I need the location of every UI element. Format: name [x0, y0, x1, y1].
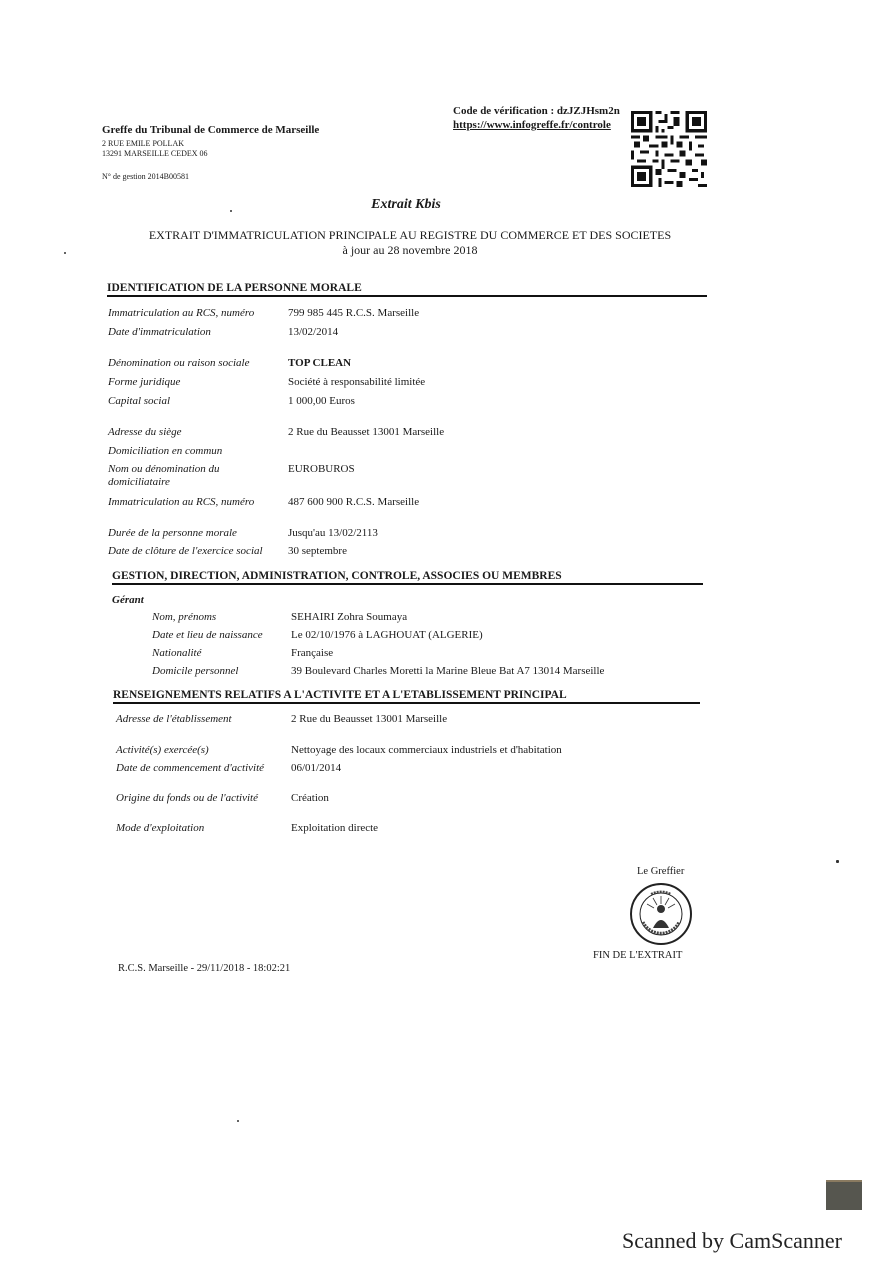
field-label: Durée de la personne morale — [108, 527, 237, 539]
field-value: Le 02/10/1976 à LAGHOUAT (ALGERIE) — [291, 629, 483, 641]
update-date: à jour au 28 novembre 2018 — [100, 243, 720, 258]
field-value: Exploitation directe — [291, 822, 378, 834]
main-title: EXTRAIT D'IMMATRICULATION PRINCIPALE AU … — [100, 228, 720, 243]
field-label: Domiciliation en commun — [108, 445, 222, 457]
end-of-extract: FIN DE L'EXTRAIT — [593, 950, 682, 961]
field-value: Française — [291, 647, 333, 659]
verification-link[interactable]: https://www.infogreffe.fr/controle — [453, 119, 611, 131]
field-value: Création — [291, 792, 329, 804]
scan-corner-artifact — [826, 1180, 862, 1210]
field-label: Date et lieu de naissance — [152, 629, 263, 641]
greffier-label: Le Greffier — [637, 866, 684, 877]
field-label: Immatriculation au RCS, numéro — [108, 307, 254, 319]
field-label: Domicile personnel — [152, 665, 238, 677]
scan-speck — [836, 860, 839, 863]
section-gestion-heading: GESTION, DIRECTION, ADMINISTRATION, CONT… — [112, 570, 703, 585]
gestion-number: N° de gestion 2014B00581 — [102, 172, 189, 181]
field-value: 39 Boulevard Charles Moretti la Marine B… — [291, 665, 604, 677]
field-value: Société à responsabilité limitée — [288, 376, 425, 388]
field-value: EUROBUROS — [288, 463, 355, 475]
section-identification-heading: IDENTIFICATION DE LA PERSONNE MORALE — [107, 282, 707, 297]
field-value: TOP CLEAN — [288, 357, 351, 369]
field-label: Nom ou dénomination du domiciliataire — [108, 463, 258, 489]
field-value: Nettoyage des locaux commerciaux industr… — [291, 744, 562, 756]
document-title: Extrait Kbis — [0, 197, 812, 213]
field-value: 30 septembre — [288, 545, 347, 557]
field-label: Date d'immatriculation — [108, 326, 211, 338]
field-label: Forme juridique — [108, 376, 180, 388]
field-label: Activité(s) exercée(s) — [116, 744, 209, 756]
field-label: Nom, prénoms — [152, 611, 216, 623]
qr-code-icon — [631, 110, 707, 188]
role-gerant: Gérant — [112, 594, 144, 606]
greffe-name: Greffe du Tribunal de Commerce de Marsei… — [102, 124, 319, 136]
address-line-2: 13291 MARSEILLE CEDEX 06 — [102, 149, 208, 159]
field-label: Immatriculation au RCS, numéro — [108, 496, 254, 508]
document-subtitle: EXTRAIT D'IMMATRICULATION PRINCIPALE AU … — [100, 228, 720, 258]
camscanner-watermark: Scanned by CamScanner — [622, 1228, 842, 1254]
field-value: 487 600 900 R.C.S. Marseille — [288, 496, 419, 508]
field-label: Capital social — [108, 395, 170, 407]
greffe-seal-icon — [629, 882, 693, 946]
field-value: 2 Rue du Beausset 13001 Marseille — [291, 713, 447, 725]
field-value: SEHAIRI Zohra Soumaya — [291, 611, 407, 623]
field-value: 799 985 445 R.C.S. Marseille — [288, 307, 419, 319]
scan-speck — [237, 1120, 239, 1122]
field-label: Dénomination ou raison sociale — [108, 357, 249, 369]
section-activite-heading: RENSEIGNEMENTS RELATIFS A L'ACTIVITE ET … — [113, 689, 700, 704]
field-value: 06/01/2014 — [291, 762, 341, 774]
scan-speck — [230, 210, 232, 212]
field-label: Nationalité — [152, 647, 202, 659]
field-label: Mode d'exploitation — [116, 822, 204, 834]
field-value: 1 000,00 Euros — [288, 395, 355, 407]
verification-code: Code de vérification : dzJZJHsm2n — [453, 104, 620, 118]
rcs-timestamp: R.C.S. Marseille - 29/11/2018 - 18:02:21 — [118, 963, 290, 974]
greffe-address: 2 RUE EMILE POLLAK 13291 MARSEILLE CEDEX… — [102, 139, 208, 158]
field-value: Jusqu'au 13/02/2113 — [288, 527, 378, 539]
address-line-1: 2 RUE EMILE POLLAK — [102, 139, 208, 149]
field-label: Origine du fonds ou de l'activité — [116, 792, 258, 804]
field-label: Date de clôture de l'exercice social — [108, 545, 263, 557]
field-label: Adresse de l'établissement — [116, 713, 232, 725]
field-value: 13/02/2014 — [288, 326, 338, 338]
field-value: 2 Rue du Beausset 13001 Marseille — [288, 426, 444, 438]
field-label: Date de commencement d'activité — [116, 762, 264, 774]
scan-speck — [64, 252, 66, 254]
field-label: Adresse du siège — [108, 426, 182, 438]
verification-block: Code de vérification : dzJZJHsm2n https:… — [453, 104, 620, 132]
